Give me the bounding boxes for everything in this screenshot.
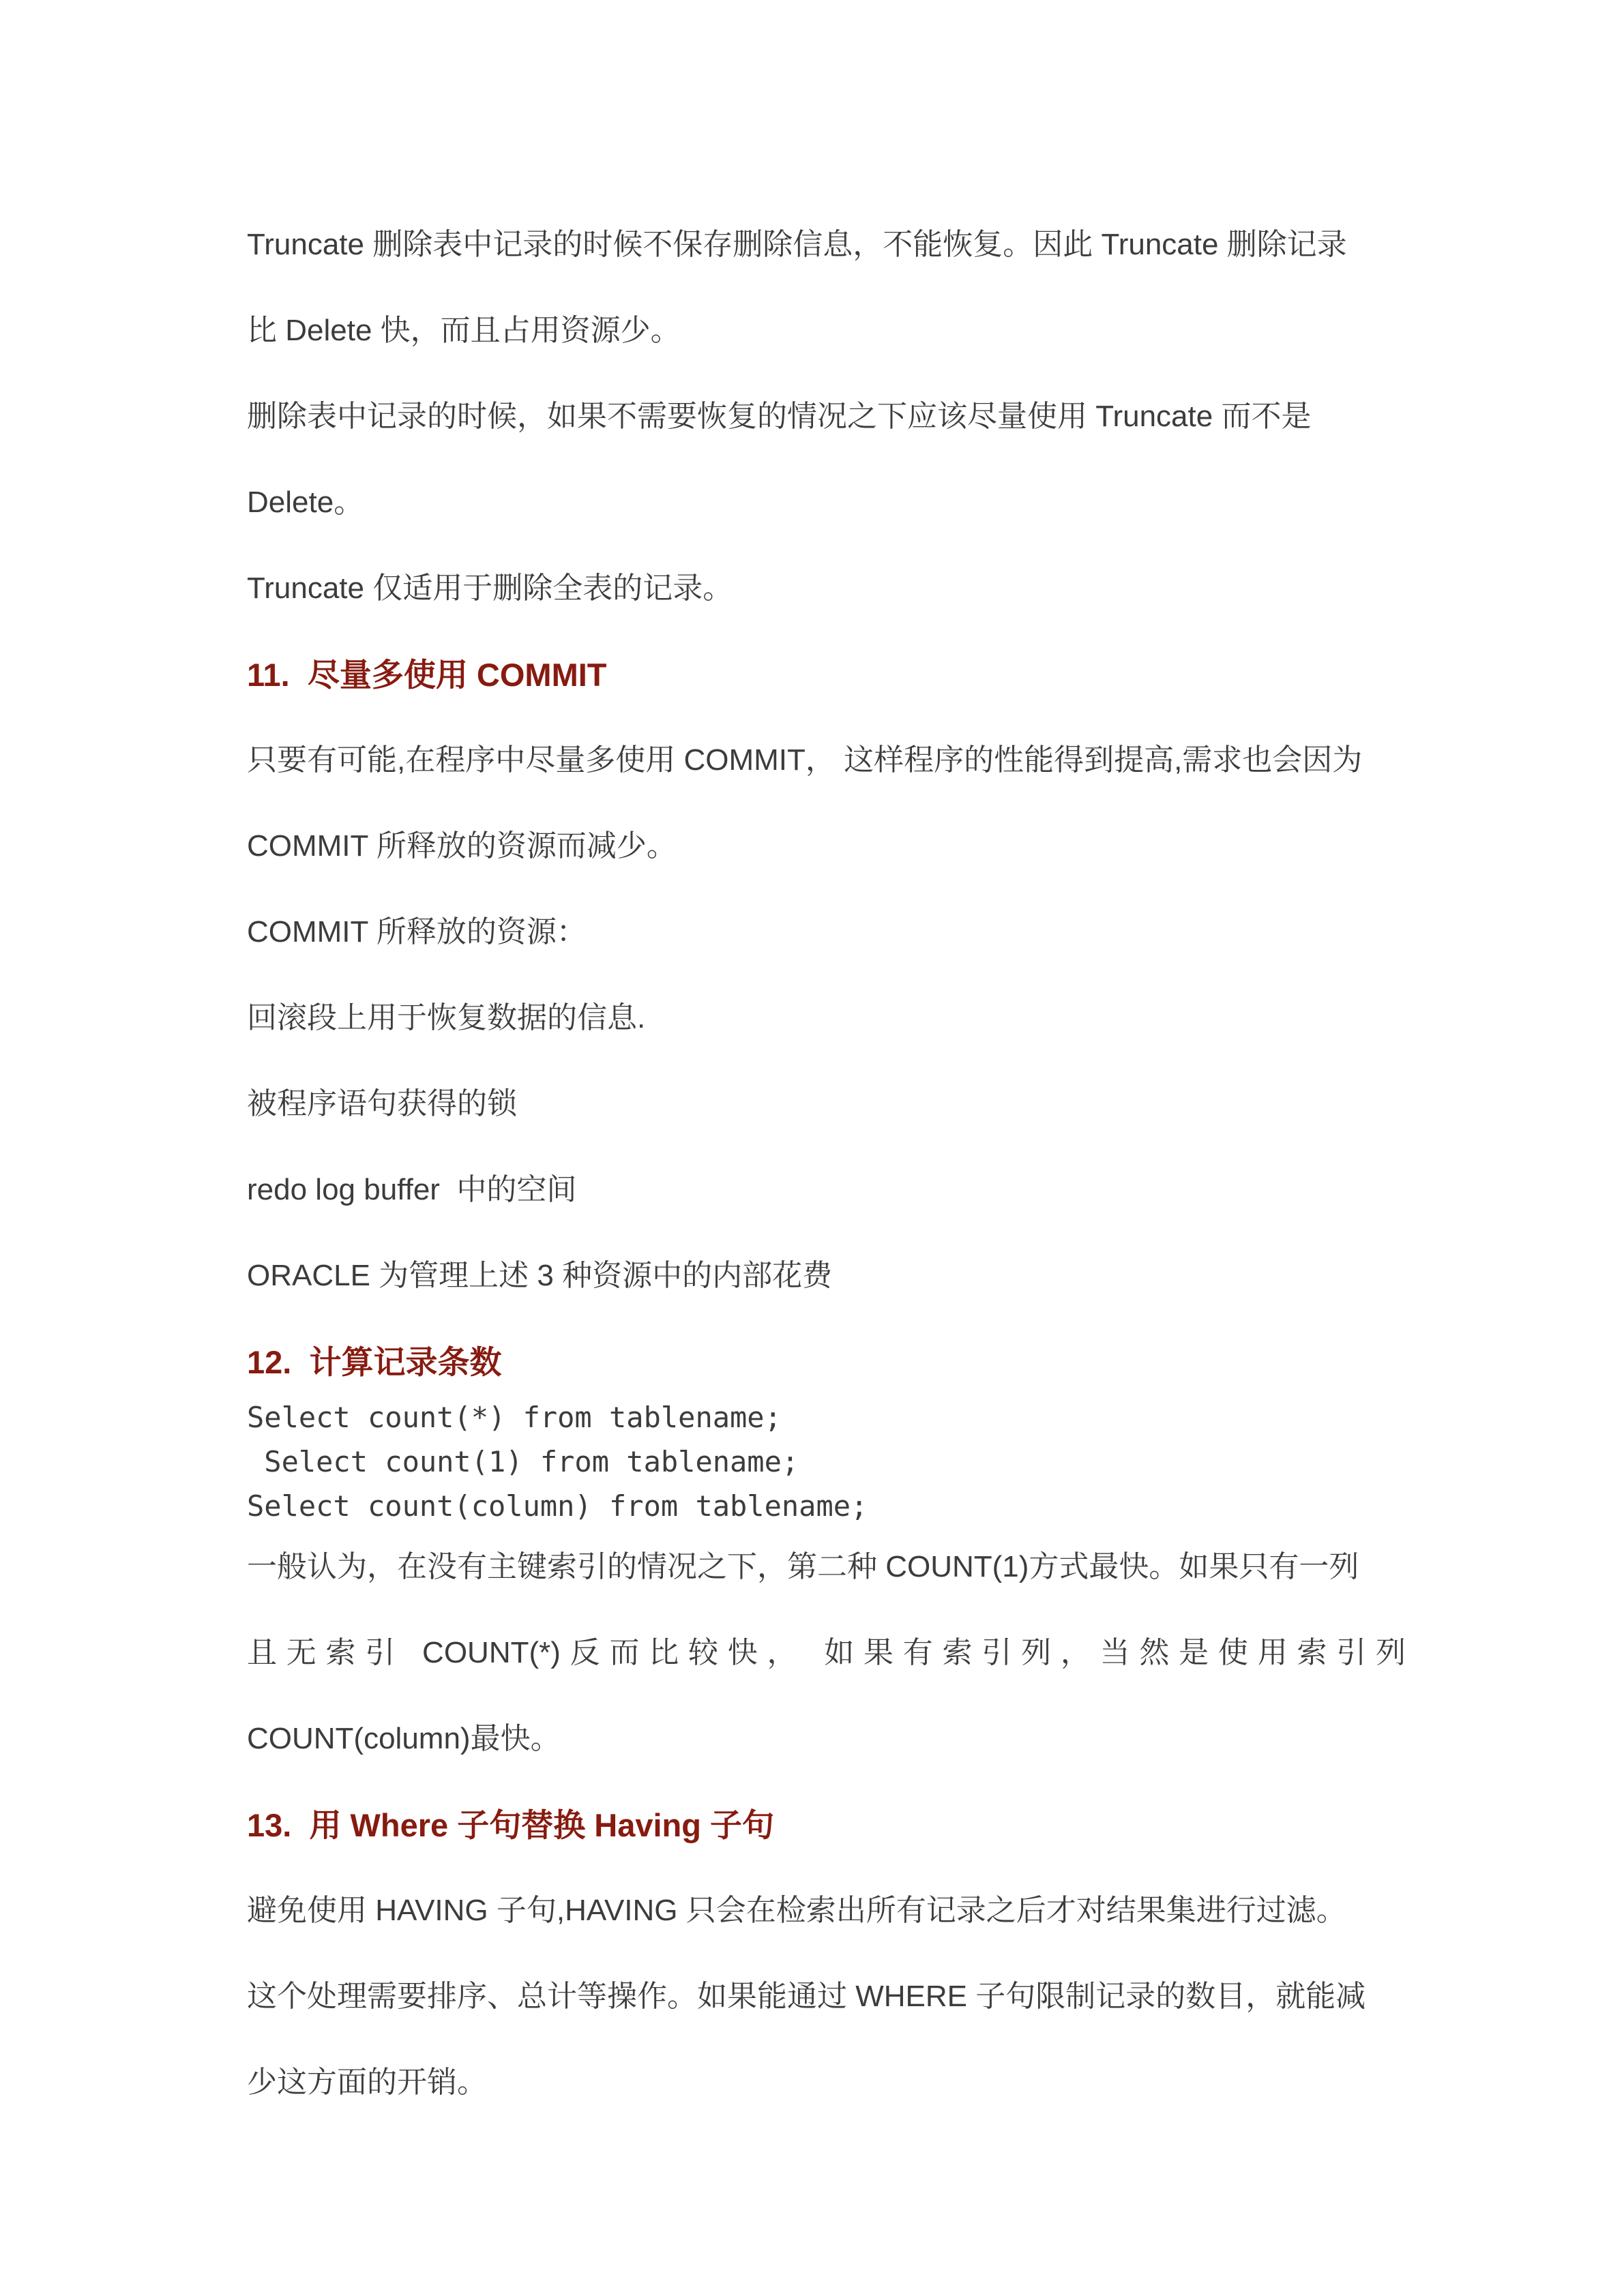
paragraph-line: Delete。 bbox=[247, 483, 1406, 569]
paragraph-line: 删除表中记录的时候，如果不需要恢复的情况之下应该尽量使用 Truncate 而不… bbox=[247, 397, 1406, 483]
paragraph-line: ORACLE 为管理上述 3 种资源中的内部花费 bbox=[247, 1256, 1406, 1342]
paragraph-line: Truncate 删除表中记录的时候不保存删除信息，不能恢复。因此 Trunca… bbox=[247, 225, 1406, 311]
paragraph-line: COUNT(column)最快。 bbox=[247, 1719, 1406, 1805]
paragraph-line: COMMIT 所释放的资源： bbox=[247, 912, 1406, 998]
paragraph-line: 回滚段上用于恢复数据的信息. bbox=[247, 998, 1406, 1084]
paragraph-line: 只要有可能,在程序中尽量多使用 COMMIT， 这样程序的性能得到提高,需求也会… bbox=[247, 741, 1406, 826]
section-heading: 11. 尽量多使用 COMMIT bbox=[247, 655, 1406, 741]
paragraph-line: 这个处理需要排序、总计等操作。如果能通过 WHERE 子句限制记录的数目，就能减 bbox=[247, 1977, 1406, 2063]
paragraph-line: COMMIT 所释放的资源而减少。 bbox=[247, 826, 1406, 912]
code-line: Select count(*) from tablename; bbox=[247, 1395, 1406, 1440]
code-line: Select count(1) from tablename; bbox=[247, 1440, 1406, 1484]
code-line: Select count(column) from tablename; bbox=[247, 1484, 1406, 1547]
document-body: Truncate 删除表中记录的时候不保存删除信息，不能恢复。因此 Trunca… bbox=[247, 225, 1406, 2149]
paragraph-line: 少这方面的开销。 bbox=[247, 2063, 1406, 2149]
paragraph-line: Truncate 仅适用于删除全表的记录。 bbox=[247, 569, 1406, 655]
section-heading: 12. 计算记录条数 bbox=[247, 1342, 1406, 1395]
section-heading: 13. 用 Where 子句替换 Having 子句 bbox=[247, 1805, 1406, 1891]
paragraph-line: 一般认为，在没有主键索引的情况之下，第二种 COUNT(1)方式最快。如果只有一… bbox=[247, 1547, 1406, 1633]
paragraph-line: 被程序语句获得的锁 bbox=[247, 1084, 1406, 1170]
paragraph-line: 避免使用 HAVING 子句,HAVING 只会在检索出所有记录之后才对结果集进… bbox=[247, 1891, 1406, 1977]
paragraph-line: redo log buffer 中的空间 bbox=[247, 1170, 1406, 1256]
document-page: Truncate 删除表中记录的时候不保存删除信息，不能恢复。因此 Trunca… bbox=[0, 0, 1624, 2296]
paragraph-line: 比 Delete 快，而且占用资源少。 bbox=[247, 311, 1406, 397]
paragraph-line: 且无索引 COUNT(*)反而比较快， 如果有索引列，当然是使用索引列 bbox=[247, 1633, 1406, 1719]
